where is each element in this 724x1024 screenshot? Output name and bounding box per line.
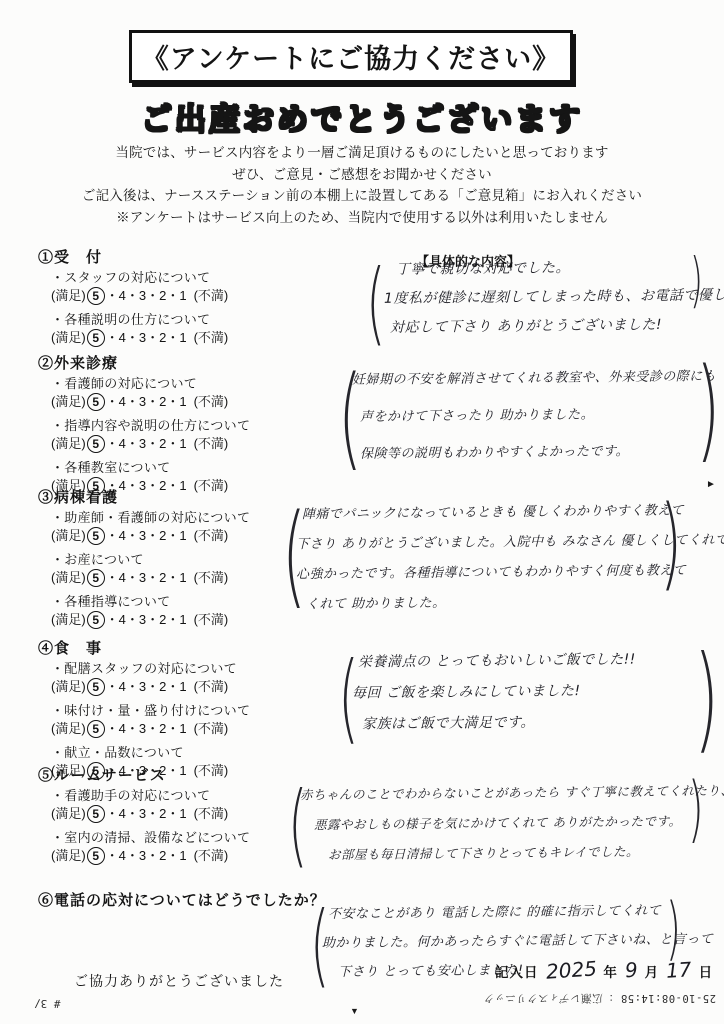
selected-rating-circle: 5 [87,527,105,545]
question-item: ・配膳スタッフの対応について (満足)5・4・3・2・1(不満) [51,661,378,696]
section-title: ②外来診療 [38,352,378,373]
survey-header-title: 《アンケートにご協力ください》 [142,37,560,76]
section-number: ② [38,355,54,372]
question-item: ・看護師の対応について (満足)5・4・3・2・1(不満) [51,376,378,411]
selected-rating-circle: 5 [87,329,105,347]
rating-scale: (満足)5・4・3・2・1(不満) [51,329,378,347]
handwritten-comment: 丁寧で親切な対応でした。 1度私が健診に遅刻してしまった時も、お電話で優しく 対… [384,254,724,341]
rating-scale: (満足)5・4・3・2・1(不満) [51,720,378,738]
hand-drawn-close-paren: ) [694,642,719,757]
section-title: ④食 事 [38,637,378,658]
upside-down-page-marker: # 3/ [34,997,61,1010]
month-label: 月 [645,961,660,981]
selected-rating-circle: 5 [87,805,105,823]
scan-triangle-mark: ▼ [350,1006,359,1016]
hand-drawn-open-paren: ( [338,362,362,474]
thanks-line: ご協力ありがとうございました [74,971,284,991]
handwritten-line: 丁寧で親切な対応でした。 [396,252,724,285]
handwritten-day: 17 [665,957,692,983]
handwritten-line: 保険等の説明もわかりやすくよかったです。 [360,432,717,473]
day-label: 日 [699,961,714,981]
section-title: ①受 付 [38,246,378,267]
scan-arrow-mark: ► [706,479,716,490]
handwritten-line: 家族はご飯で大満足です。 [362,707,636,741]
survey-header-box: 《アンケートにご協力ください》 [129,30,573,83]
handwritten-line: お部屋も毎日清掃して下さりとってもキレイでした。 [328,836,724,870]
handwritten-line: 栄養満点の とってもおいしいご飯でした!! [358,645,636,679]
intro-paragraph: 当院では、サービス内容をより一層ご満足頂けるものにしたいと思っております ぜひ、… [0,142,724,228]
section-number: ④ [38,640,54,657]
intro-line: ※アンケートはサービス向上のため、当院内で使用する以外は利用いたしません [0,207,724,229]
upside-down-fax-header: 25-10-08:14:58 ：広瀬レディスクリニック [448,991,716,1006]
selected-rating-circle: 5 [87,847,105,865]
intro-line: 当院では、サービス内容をより一層ご満足頂けるものにしたいと思っております [0,142,724,164]
question-item: ・各種説明の仕方について (満足)5・4・3・2・1(不満) [51,312,378,347]
date-label: 記入日 [495,961,539,981]
scanned-survey-page: 《アンケートにご協力ください》 ご出産おめでとうございます 当院では、サービス内… [0,0,724,1024]
rating-scale: (満足)5・4・3・2・1(不満) [51,287,378,305]
selected-rating-circle: 5 [87,435,105,453]
hand-drawn-close-paren: ) [696,354,720,466]
rating-scale: (満足)5・4・3・2・1(不満) [51,435,378,453]
handwritten-line: 対応して下さり ありがとうございました! [390,310,724,343]
intro-line: ご記入後は、ナースステーション前の本棚上に設置してある「ご意見箱」にお入れくださ… [0,185,724,207]
handwritten-month: 9 [624,958,638,983]
hand-drawn-close-paren: ) [660,494,682,595]
hand-drawn-close-paren: ) [666,894,681,962]
selected-rating-circle: 5 [87,720,105,738]
selected-rating-circle: 5 [87,611,105,629]
fill-date-row: 記入日 2025 年 9 月 17 日 [495,958,713,982]
handwritten-comment: 妊婦期の不安を解消させてくれる教室や、外来受診の際にも 声をかけて下さったり 助… [352,360,716,471]
congratulations-title: ご出産おめでとうございます [0,94,724,139]
question-item: ・スタッフの対応について (満足)5・4・3・2・1(不満) [51,270,378,305]
section-number: ⑤ [38,767,54,784]
handwritten-line: 声をかけて下さったり 助かりました。 [360,395,717,436]
rating-scale: (満足)5・4・3・2・1(不満) [51,678,378,696]
handwritten-line: 毎回 ご飯を楽しみにしていました! [352,676,636,710]
hand-drawn-open-paren: ( [338,650,359,747]
handwritten-comment: 栄養満点の とってもおいしいご飯でした!! 毎回 ご飯を楽しみにしていました! … [352,646,636,739]
year-label: 年 [603,961,618,981]
handwritten-line: 助かりました。何かあったらすぐに電話して下さいね、と言って [322,925,714,958]
rating-scale: (満足)5・4・3・2・1(不満) [51,393,378,411]
hand-drawn-open-paren: ( [366,258,386,348]
section-number: ③ [38,489,54,506]
hand-drawn-open-paren: ( [282,500,306,612]
question-item: ・指導内容や説明の仕方について (満足)5・4・3・2・1(不満) [51,418,378,453]
section-outpatient: ②外来診療 ・看護師の対応について (満足)5・4・3・2・1(不満) ・指導内… [38,352,378,502]
handwritten-line: 悪露やおしもの様子を気にかけてくれて ありがたかったです。 [314,806,724,840]
selected-rating-circle: 5 [87,678,105,696]
question-item: ・味付け・量・盛り付けについて (満足)5・4・3・2・1(不満) [51,703,378,738]
hand-drawn-close-paren: ) [690,250,703,309]
hand-drawn-open-paren: ( [310,900,330,990]
handwritten-year: 2025 [545,956,597,983]
hand-drawn-open-paren: ( [288,780,308,870]
selected-rating-circle: 5 [87,393,105,411]
handwritten-comment: 赤ちゃんのことでわからないことがあったら すぐ丁寧に教えてくれたり、 悪露やおし… [300,778,724,868]
handwritten-line: 妊婦期の不安を解消させてくれる教室や、外来受診の際にも [352,358,717,399]
intro-line: ぜひ、ご意見・ご感想をお聞かせください [0,164,724,186]
selected-rating-circle: 5 [87,569,105,587]
section-reception: ①受 付 ・スタッフの対応について (満足)5・4・3・2・1(不満) ・各種説… [38,246,378,354]
selected-rating-circle: 5 [87,287,105,305]
handwritten-line: 赤ちゃんのことでわからないことがあったら すぐ丁寧に教えてくれたり、 [300,776,724,811]
handwritten-line: 1度私が健診に遅刻してしまった時も、お電話で優しく [384,281,724,314]
section-number: ① [38,249,54,266]
handwritten-line: 不安なことがあり 電話した際に 的確に指示してくれて [328,896,714,929]
hand-drawn-close-paren: ) [688,774,704,846]
section-number: ⑥ [38,892,54,909]
